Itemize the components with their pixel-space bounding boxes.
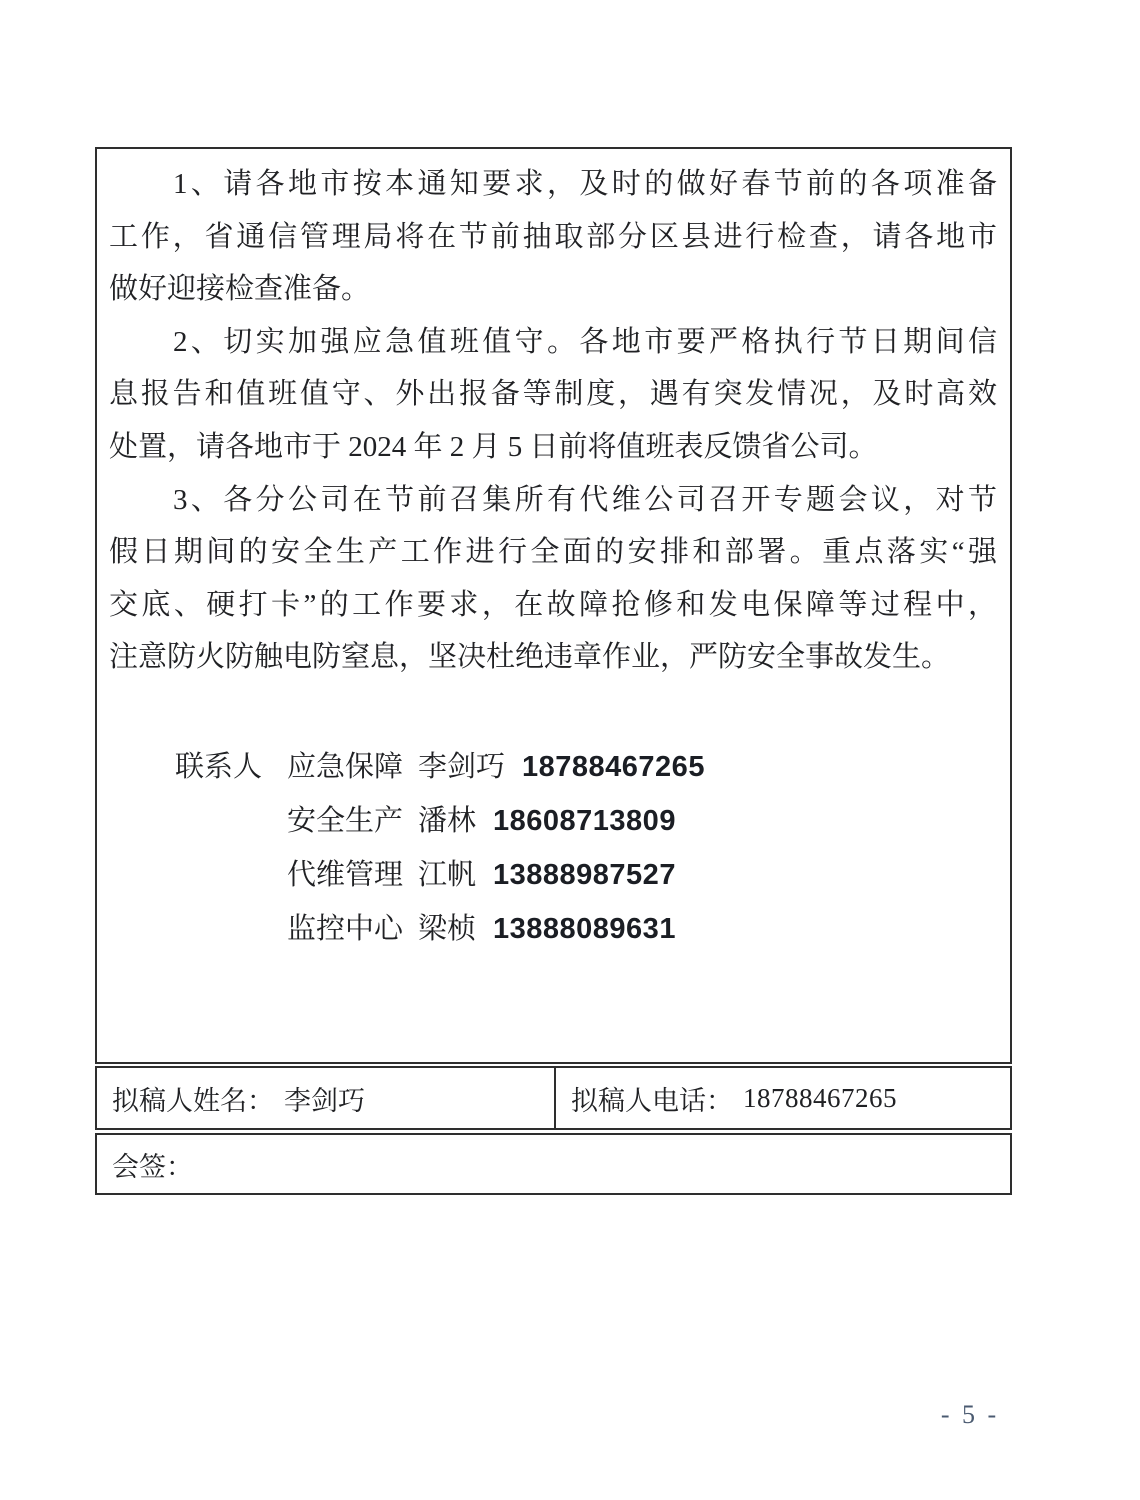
contact-block: 联系人 应急保障 李剑巧 18788467265 安全生产 潘林 1860871… <box>109 740 997 956</box>
contact-role: 代维管理 <box>287 848 403 902</box>
drafter-row: 拟稿人姓名： 李剑巧 拟稿人电话： 18788467265 <box>95 1066 1012 1130</box>
notice-content-box: 1、请各地市按本通知要求，及时的做好春节前的各项准备 工作，省通信管理局将在节前… <box>95 147 1012 1064</box>
body-line: 交底、硬打卡”的工作要求，在故障抢修和发电保障等过程中， <box>109 579 997 632</box>
contact-role: 监控中心 <box>287 902 403 956</box>
drafter-name-value: 李剑巧 <box>284 1079 365 1118</box>
contact-row: 监控中心 梁桢 13888089631 <box>109 902 997 956</box>
document-page: 1、请各地市按本通知要求，及时的做好春节前的各项准备 工作，省通信管理局将在节前… <box>0 0 1140 1500</box>
countersign-label: 会签： <box>112 1145 193 1184</box>
body-line: 注意防火防触电防窒息，坚决杜绝违章作业，严防安全事故发生。 <box>109 631 997 684</box>
contact-name: 梁桢 <box>418 902 476 956</box>
body-line: 3、各分公司在节前召集所有代维公司召开专题会议，对节 <box>109 474 997 527</box>
contact-name: 李剑巧 <box>418 740 505 794</box>
contact-role: 应急保障 <box>287 740 403 794</box>
contact-row: 联系人 应急保障 李剑巧 18788467265 <box>109 740 997 794</box>
contact-name: 潘林 <box>418 794 476 848</box>
body-line: 1、请各地市按本通知要求，及时的做好春节前的各项准备 <box>109 158 997 211</box>
body-line: 工作，省通信管理局将在节前抽取部分区县进行检查，请各地市 <box>109 211 997 264</box>
drafter-name-label: 拟稿人姓名： <box>112 1079 274 1118</box>
body-line: 做好迎接检查准备。 <box>109 263 997 316</box>
body-line: 息报告和值班值守、外出报备等制度，遇有突发情况，及时高效 <box>109 368 997 421</box>
contact-row: 安全生产 潘林 18608713809 <box>109 794 997 848</box>
notice-body: 1、请各地市按本通知要求，及时的做好春节前的各项准备 工作，省通信管理局将在节前… <box>109 158 997 684</box>
contact-phone: 18788467265 <box>522 740 705 794</box>
contact-phone: 13888089631 <box>493 902 676 956</box>
body-line: 假日期间的安全生产工作进行全面的安排和部署。重点落实“强 <box>109 526 997 579</box>
countersign-row: 会签： <box>95 1133 1012 1195</box>
drafter-phone-label: 拟稿人电话： <box>571 1079 733 1118</box>
contact-phone: 13888987527 <box>493 848 676 902</box>
body-line: 处置，请各地市于 2024 年 2 月 5 日前将值班表反馈省公司。 <box>109 421 997 474</box>
contacts-label: 联系人 <box>175 740 287 794</box>
contact-row: 代维管理 江帆 13888987527 <box>109 848 997 902</box>
contact-phone: 18608713809 <box>493 794 676 848</box>
page-number: - 5 - <box>918 1400 1022 1430</box>
body-line: 2、切实加强应急值班值守。各地市要严格执行节日期间信 <box>109 316 997 369</box>
drafter-name-cell: 拟稿人姓名： 李剑巧 <box>97 1068 556 1128</box>
drafter-phone-value: 18788467265 <box>743 1083 897 1114</box>
drafter-phone-cell: 拟稿人电话： 18788467265 <box>556 1068 1010 1128</box>
contact-role: 安全生产 <box>287 794 403 848</box>
contact-name: 江帆 <box>418 848 476 902</box>
